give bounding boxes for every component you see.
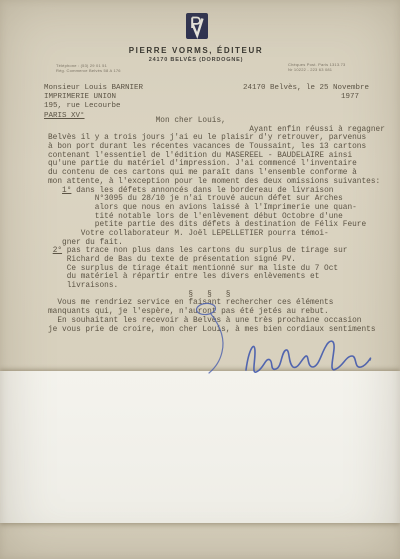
recipient-company: IMPRIMERIE UNION (44, 93, 143, 102)
phone-info: Téléphone : (53) 29 01 51 Rég. Commerce … (56, 63, 121, 73)
signature-handwriting (246, 341, 371, 372)
body-line: livraisons. (48, 282, 385, 291)
blank-sheet (0, 371, 400, 523)
body-line: § § § (48, 291, 385, 300)
body-line: Vous me rendriez service en faisant rech… (48, 299, 385, 308)
body-line: Mon cher Louis, (48, 117, 385, 126)
body-line: petite partie des dits défets à destinat… (48, 221, 385, 230)
body-line: Belvès il y a trois jours j'ai eu le pla… (48, 134, 385, 143)
body-line: je vous prie de croire, mon cher Louis, … (48, 326, 385, 335)
account-number-line: Nr 10222 - 223 63 081 (288, 67, 345, 72)
body-line: alors que nous en avions laissé à l'Impr… (48, 204, 385, 213)
recipient-address: Monsieur Louis BARNIER IMPRIMERIE UNION … (44, 84, 143, 121)
dateline-place: 24170 Belvès, le 25 Novembre (243, 84, 369, 92)
body-line: mon attente, à l'exception pour le momen… (48, 178, 385, 187)
body-line: qu'une partie du matériel d'impression. … (48, 160, 385, 169)
body-line: En souhaitant les recevoir à Belvès à un… (48, 317, 385, 326)
body-line: du matériel à répartir entre les divers … (48, 273, 385, 282)
body-line: manquants qui, je l'espère, n'auront pas… (48, 308, 385, 317)
body-line: contenant l'essentiel de l'édition du MA… (48, 152, 385, 161)
recipient-street: 195, rue Lecourbe (44, 102, 143, 111)
body-line: N°3095 du 28/10 je n'ai trouvé aucun déf… (48, 195, 385, 204)
body-line: Ce surplus de tirage était mentionné sur… (48, 265, 385, 274)
body-line: Richard de Bas du texte de présentation … (48, 256, 385, 265)
body-line: 1° dans les défets annoncés dans le bord… (48, 187, 385, 196)
body-line: du contenu de ces cartons qui me paraît … (48, 169, 385, 178)
body-line: tité notable lors de l'enlèvement début … (48, 213, 385, 222)
dateline-year: 1977 (341, 93, 359, 101)
letter-body-lines: Mon cher Louis, Ayant enfin réussi à reg… (48, 117, 385, 334)
publisher-name: PIERRE VORMS, ÉDITEUR (36, 46, 356, 55)
body-line: 2° pas trace non plus dans les cartons d… (48, 247, 385, 256)
body-line: à bon port durant les récentes vacances … (48, 143, 385, 152)
recipient-name: Monsieur Louis BARNIER (44, 84, 143, 93)
body-line: Ayant enfin réussi à regagner (48, 126, 385, 135)
postal-account-info: Chèques Post. Paris 1313.73 Nr 10222 - 2… (288, 62, 345, 72)
body-line: gner du fait. (48, 239, 385, 248)
pv-monogram-icon (186, 13, 208, 39)
scanned-letter: PIERRE VORMS, ÉDITEUR 24170 BELVÈS (DORD… (0, 0, 400, 559)
commerce-register-line: Rég. Commerce Belvès 58 A 176 (56, 68, 121, 73)
body-line: Votre collaborateur M. Joël LEPELLETIER … (48, 230, 385, 239)
